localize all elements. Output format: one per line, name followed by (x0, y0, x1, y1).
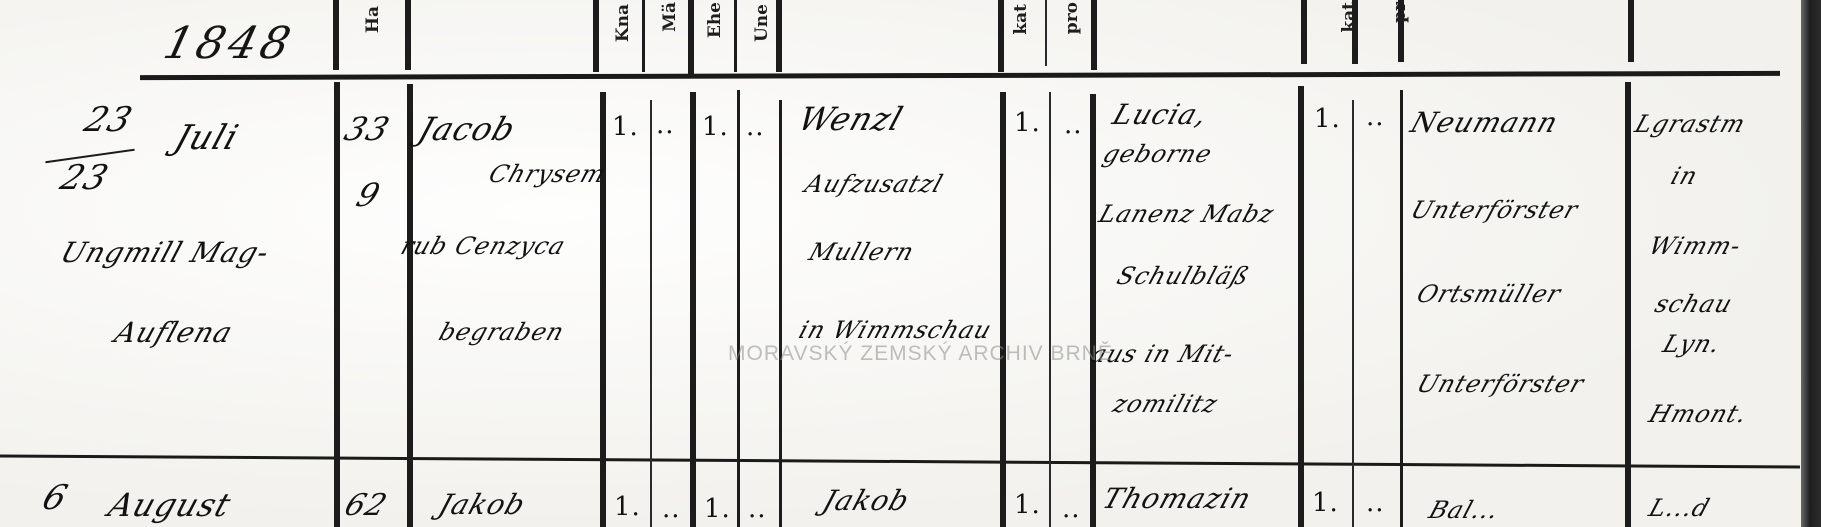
girl-mark: .. (662, 494, 681, 524)
mother-line-4: Schulbläß (1113, 262, 1253, 290)
rule (998, 0, 1004, 72)
child-note-2: rub Cenzyca (397, 232, 569, 260)
rule (600, 92, 606, 527)
rule (1301, 0, 1307, 64)
rule (690, 92, 696, 527)
rule (1000, 92, 1006, 527)
rule (334, 82, 340, 527)
remarks-line-3: Wimm- (1645, 232, 1745, 260)
boy-mark: 1. (612, 112, 639, 142)
godparent-line-4: Unterförster (1413, 370, 1588, 398)
remarks-line-1: L...d (1645, 494, 1713, 522)
mother-line-6: zomilitz (1109, 390, 1221, 418)
rule (593, 0, 599, 72)
legitimate-mark: 1. (704, 494, 731, 524)
house-number: 33 (340, 110, 395, 148)
rule (1352, 100, 1354, 527)
father-line-4: in Wimmschau (795, 316, 995, 344)
father-catholic-mark: 1. (1014, 108, 1041, 138)
register-page: 1848 Ha Kna Mä Ehe Une kat pro kat pr 23… (0, 0, 1821, 527)
house-number: 62 (340, 488, 392, 523)
rule (779, 100, 782, 527)
binding-edge (1801, 0, 1821, 527)
birth-date: 23 (80, 100, 138, 140)
remarks-line-4: schau (1651, 290, 1736, 318)
mother-line-3: Lanenz Mabz (1095, 200, 1278, 228)
remarks-line-5: Lyn. (1659, 330, 1724, 358)
rule (1400, 90, 1403, 527)
year-heading: 1848 (159, 18, 300, 69)
mother-protestant-mark: .. (1366, 102, 1385, 132)
mother-catholic-mark: 1. (1312, 488, 1339, 518)
rule (737, 90, 740, 527)
rule (1628, 0, 1634, 62)
rule (407, 84, 413, 527)
rule (1045, 0, 1047, 66)
father-protestant-mark: .. (1064, 110, 1083, 140)
column-header-boy: Kna (613, 4, 633, 42)
rule (642, 0, 645, 72)
child-note-1: Chrysem (485, 160, 609, 188)
father-protestant-mark: .. (1062, 494, 1081, 524)
column-header-illegitimate: Une (752, 4, 772, 42)
godparent-line-3: Ortsmüller (1413, 280, 1564, 308)
remarks-line-6: Hmont. (1645, 400, 1751, 428)
remarks-line-1: Lgrastm (1631, 110, 1749, 138)
mother-line-2: geborne (1099, 140, 1216, 168)
rule (1090, 94, 1096, 527)
godparent-line-1: Bal... (1425, 496, 1503, 524)
rule (734, 0, 737, 72)
header-rule (140, 71, 1780, 80)
column-header-girl: Mä (660, 2, 680, 32)
rule (650, 100, 652, 527)
illegitimate-mark: .. (746, 112, 765, 142)
archive-watermark: MORAVSKÝ ZEMSKÝ ARCHIV BRNĚ (728, 342, 1113, 366)
mother-line-1: Thomazin (1099, 482, 1256, 515)
boy-mark: 1. (614, 492, 641, 522)
godparent-line-1: Neumann (1407, 106, 1563, 139)
column-header-father-catholic: kat (1011, 4, 1031, 35)
birth-month: Juli (170, 118, 244, 158)
illegitimate-mark: .. (748, 494, 767, 524)
rule (1091, 0, 1097, 70)
mother-protestant-mark: .. (1366, 488, 1385, 518)
entry-divider (0, 455, 1800, 469)
birth-month: August (104, 486, 236, 524)
child-note-3: begraben (435, 318, 568, 346)
rule (776, 0, 782, 72)
father-line-2: Aufzusatzl (801, 170, 946, 198)
father-line-3: Mullern (805, 238, 918, 266)
birth-date: 6 (38, 478, 74, 518)
rule (1298, 86, 1304, 527)
place-line-2: Auflena (111, 316, 238, 349)
place-line-1: Ungmill Mag- (57, 236, 274, 269)
rule (688, 0, 694, 74)
father-line-1: Jakob (819, 484, 914, 517)
father-line-1: Wenzl (794, 100, 908, 138)
rule (1049, 92, 1051, 527)
column-header-house-no: Ha (363, 6, 383, 33)
child-name: Jacob (414, 110, 521, 148)
rule (333, 0, 339, 70)
rule (1352, 0, 1358, 64)
baptism-date: 23 (56, 158, 114, 198)
remarks-line-2: in (1667, 162, 1701, 190)
child-name: Jakob (435, 488, 530, 521)
rule (1398, 0, 1404, 62)
girl-mark: .. (656, 110, 675, 140)
legitimate-mark: 1. (702, 112, 729, 142)
mother-catholic-mark: 1. (1314, 104, 1341, 134)
mother-line-1: Lucia, (1109, 98, 1213, 131)
rule (1625, 82, 1631, 527)
father-catholic-mark: 1. (1014, 490, 1041, 520)
column-header-father-protestant: pro (1062, 2, 1082, 34)
godparent-line-2: Unterförster (1407, 196, 1582, 224)
rule (405, 0, 411, 70)
column-header-legitimate: Ehe (705, 2, 725, 38)
house-mark: 9 (352, 176, 386, 214)
